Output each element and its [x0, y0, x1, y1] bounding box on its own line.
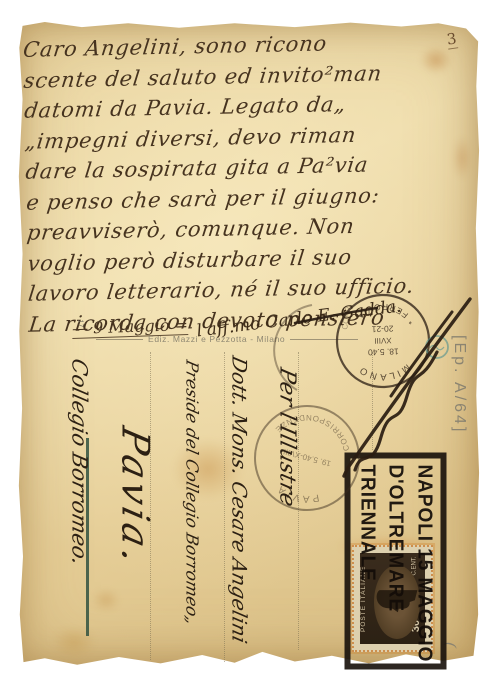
- postcard-scan: Caro Angelini, sono riconoscente del sal…: [0, 0, 500, 683]
- address-line: Per l'Illustre: [252, 344, 300, 673]
- imprint-rule: [290, 339, 358, 340]
- imprint-rule: [96, 339, 143, 340]
- slogan-cancel-line: D'OLTREMARE: [382, 465, 409, 648]
- slogan-cancel-line: NAPOLI 15 MAGGIO: [411, 465, 438, 648]
- slogan-cancel-line: TRIENNALE: [354, 465, 381, 648]
- address-line: Dott. Mons. Cesare Angelini: [202, 344, 252, 674]
- address-block: Per l'IllustreDott. Mons. Cesare Angelin…: [25, 350, 300, 668]
- slogan-cancel-box: NAPOLI 15 MAGGIOD'OLTREMARETRIENNALE: [345, 453, 447, 670]
- address-line: Preside del Collegio Borromeo„: [158, 344, 202, 672]
- address-line: Collegio Borromeo.: [38, 343, 92, 673]
- address-line: Pavia.: [92, 342, 158, 675]
- message-block: Caro Angelini, sono riconoscente del sal…: [23, 25, 485, 339]
- publisher-imprint: Ediz. Mazzi e Pezzotta - Milano: [96, 334, 358, 344]
- imprint-text: Ediz. Mazzi e Pezzotta - Milano: [148, 334, 285, 344]
- address-ruling-line: [372, 352, 373, 450]
- plate-number: 17: [76, 320, 83, 328]
